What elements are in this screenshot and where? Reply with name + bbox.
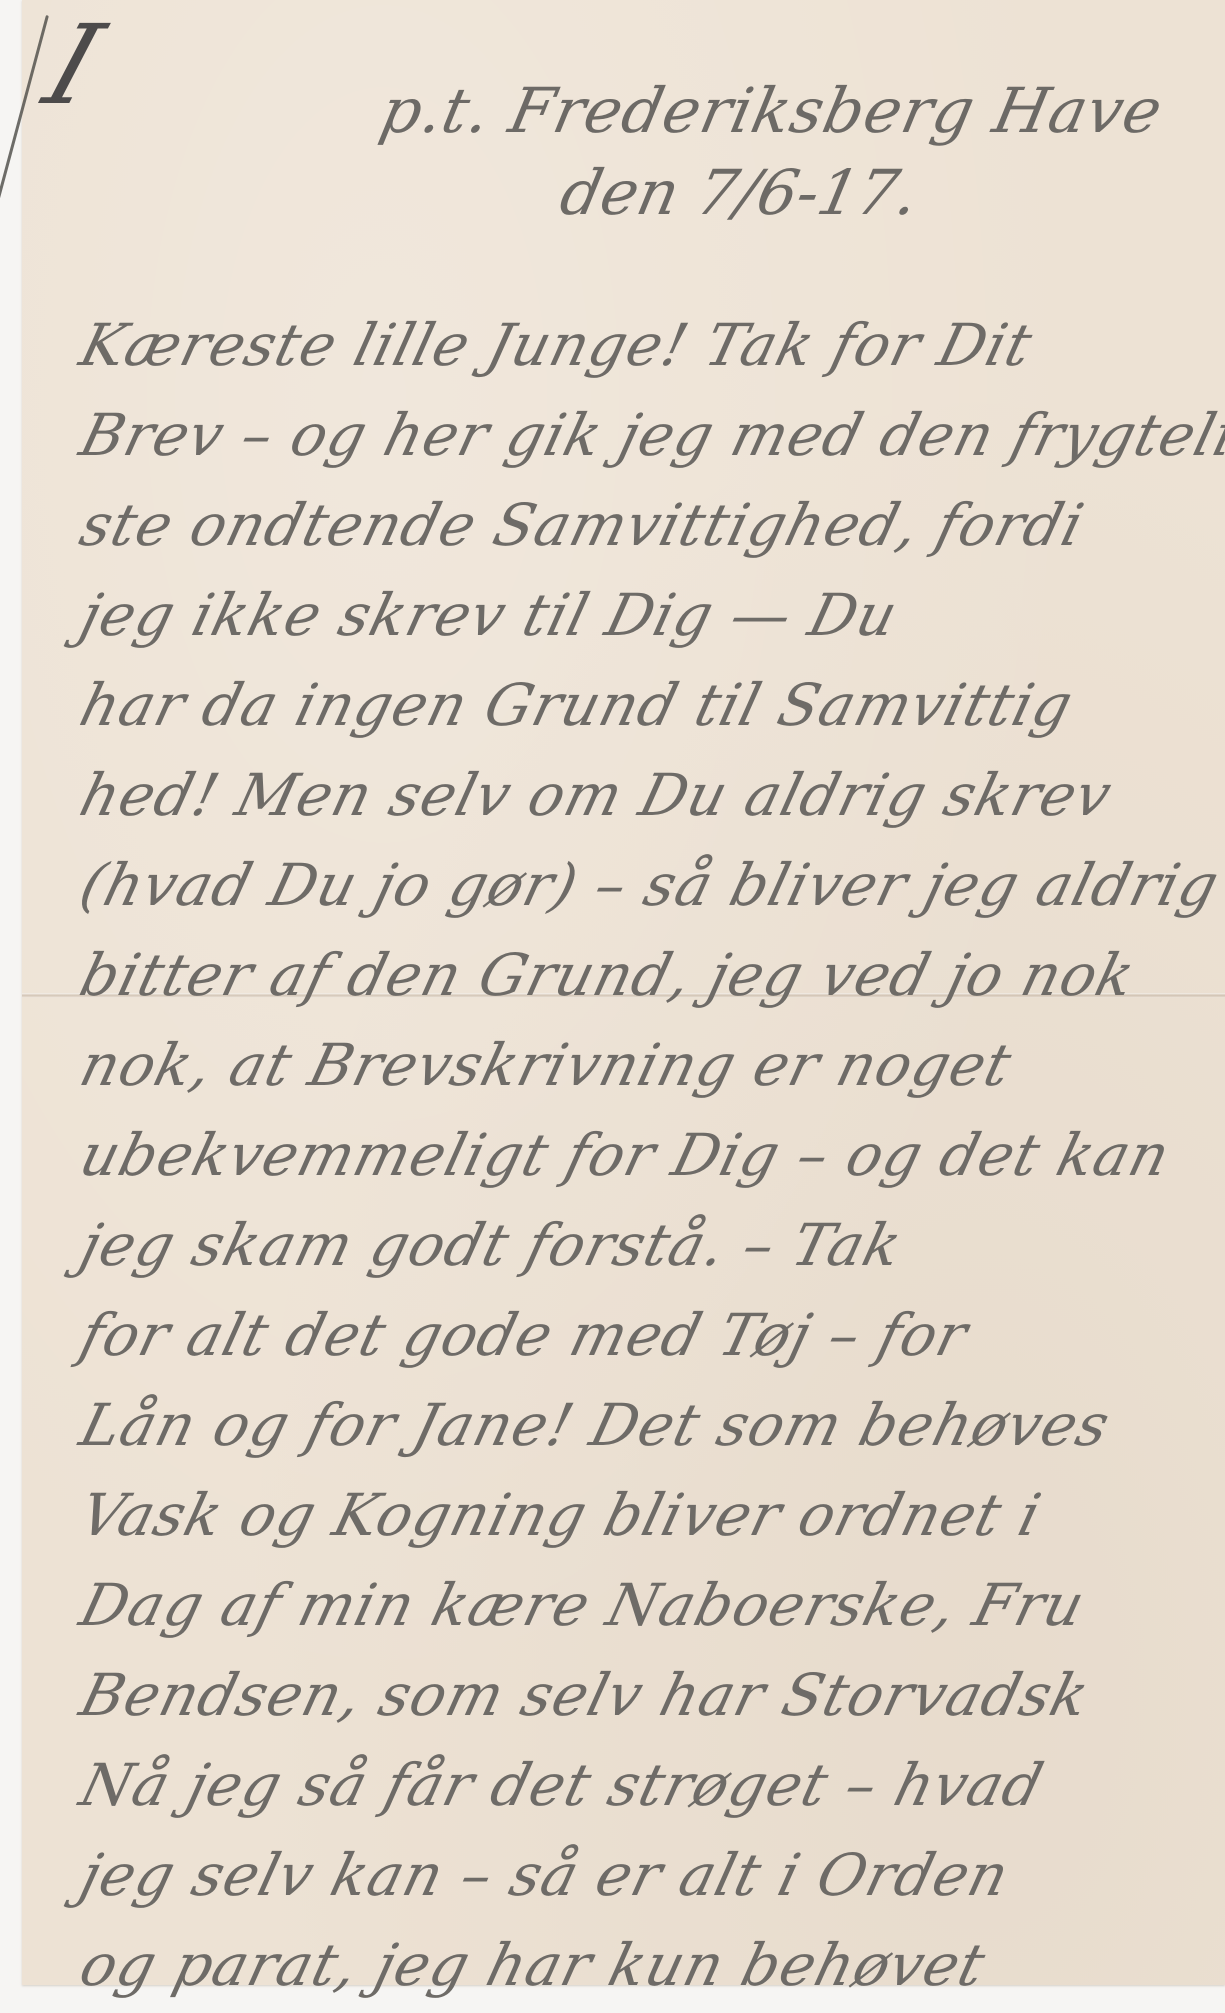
body-line: Bendsen, som selv har Storvadsk	[71, 1650, 1225, 1740]
body-line: ubekvemmeligt for Dig – og det kan	[71, 1110, 1225, 1200]
letter-place: p.t. Frederiksberg Have	[375, 80, 1188, 142]
body-line: Nå jeg så får det strøget – hvad	[71, 1740, 1225, 1830]
letter-body: Kæreste lille Junge! Tak for Dit Brev – …	[82, 300, 1225, 2010]
body-line: jeg ikke skrev til Dig — Du	[71, 570, 1225, 660]
body-line: Brev – og her gik jeg med den frygtelig	[71, 390, 1225, 480]
body-line: jeg skam godt forstå. – Tak	[71, 1200, 1225, 1290]
body-line: (hvad Du jo gør) – så bliver jeg aldrig	[71, 840, 1225, 930]
letter-date: den 7/6-17.	[555, 162, 1188, 224]
body-line: bitter af den Grund, jeg ved jo nok	[71, 930, 1225, 1020]
letter-header: p.t. Frederiksberg Have den 7/6-17.	[382, 80, 1182, 224]
letter-page: I p.t. Frederiksberg Have den 7/6-17. Kæ…	[22, 0, 1225, 1985]
body-line: har da ingen Grund til Samvittig	[71, 660, 1225, 750]
body-line: hed! Men selv om Du aldrig skrev	[71, 750, 1225, 840]
body-line: Kæreste lille Junge! Tak for Dit	[71, 300, 1225, 390]
body-line: ste ondtende Samvittighed, fordi	[71, 480, 1225, 570]
body-line: nok, at Brevskrivning er noget	[71, 1020, 1225, 1110]
page-mark-slash	[0, 15, 49, 306]
body-line: for alt det gode med Tøj – for	[71, 1290, 1225, 1380]
body-line: Dag af min kære Naboerske, Fru	[71, 1560, 1225, 1650]
body-line: og parat, jeg har kun behøvet	[71, 1920, 1225, 2010]
body-line: Vask og Kogning bliver ordnet i	[71, 1470, 1225, 1560]
body-line: Lån og for Jane! Det som behøves	[71, 1380, 1225, 1470]
body-line: jeg selv kan – så er alt i Orden	[71, 1830, 1225, 1920]
